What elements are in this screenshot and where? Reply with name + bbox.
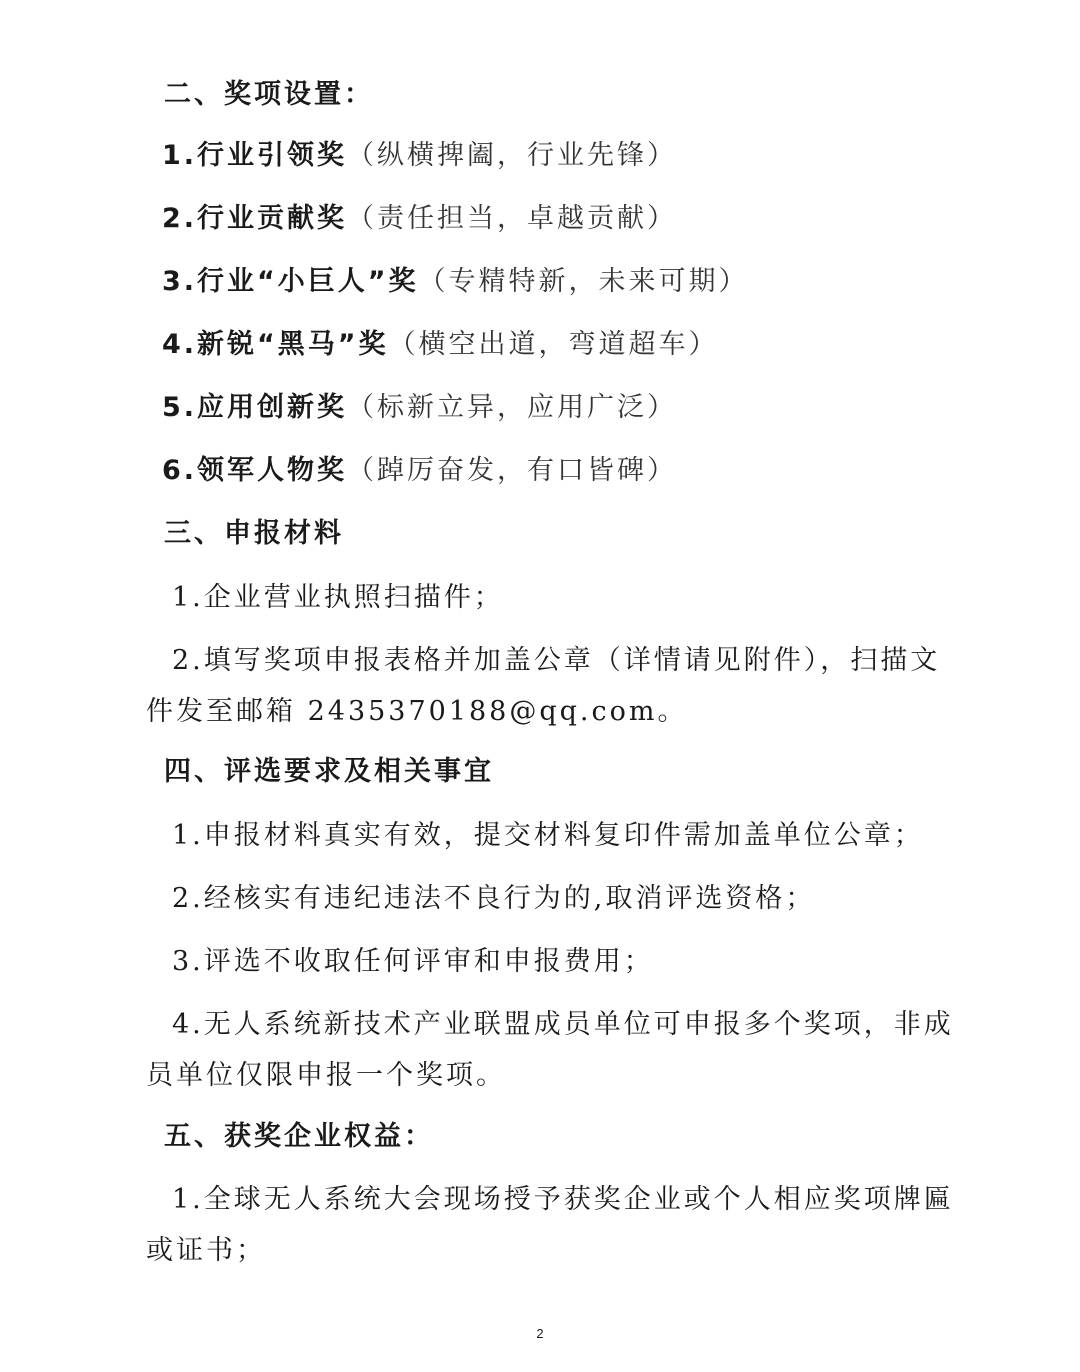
award-name: 6.领军人物奖 (162, 455, 347, 486)
award-name: 1.行业引领奖 (162, 140, 347, 171)
section-heading-materials: 三、申报材料 (164, 519, 344, 549)
section-heading-awards: 二、奖项设置： (164, 80, 374, 110)
section-heading-benefits: 五、获奖企业权益： (164, 1122, 434, 1152)
award-name: 4.新锐“黑马”奖 (162, 329, 389, 360)
award-name: 2.行业贡献奖 (162, 203, 347, 234)
award-name: 3.行业“小巨人”奖 (162, 266, 419, 297)
award-desc: （纵横捭阖，行业先锋） (347, 140, 677, 171)
award-item: 5.应用创新奖（标新立异，应用广泛） (162, 393, 677, 423)
paragraph: 1.全球无人系统大会现场授予获奖企业或个人相应奖项牌匾 (172, 1185, 954, 1215)
award-desc: （踔厉奋发，有口皆碑） (347, 455, 677, 486)
paragraph: 3.评选不收取任何评审和申报费用； (172, 947, 654, 977)
paragraph-continuation: 或证书； (146, 1236, 266, 1266)
section-heading-requirements: 四、评选要求及相关事宜 (164, 757, 494, 787)
paragraph: 2.填写奖项申报表格并加盖公章（详情请见附件），扫描文 (172, 646, 940, 676)
award-name: 5.应用创新奖 (162, 392, 347, 423)
paragraph-continuation: 员单位仅限申报一个奖项。 (146, 1061, 506, 1091)
paragraph: 1.企业营业执照扫描件； (172, 583, 504, 613)
paragraph: 4.无人系统新技术产业联盟成员单位可申报多个奖项，非成 (172, 1010, 954, 1040)
paragraph: 2.经核实有违纪违法不良行为的,取消评选资格； (172, 884, 815, 914)
award-item: 4.新锐“黑马”奖（横空出道，弯道超车） (162, 330, 719, 360)
award-item: 6.领军人物奖（踔厉奋发，有口皆碑） (162, 456, 677, 486)
award-item: 1.行业引领奖（纵横捭阖，行业先锋） (162, 141, 677, 171)
award-item: 2.行业贡献奖（责任担当，卓越贡献） (162, 204, 677, 234)
award-desc: （横空出道，弯道超车） (389, 329, 719, 360)
page-number: 2 (0, 1326, 1080, 1341)
award-desc: （标新立异，应用广泛） (347, 392, 677, 423)
award-desc: （专精特新，未来可期） (419, 266, 749, 297)
paragraph-continuation: 件发至邮箱 2435370188@qq.com。 (146, 697, 688, 727)
award-item: 3.行业“小巨人”奖（专精特新，未来可期） (162, 267, 749, 297)
paragraph: 1.申报材料真实有效，提交材料复印件需加盖单位公章； (172, 821, 924, 851)
award-desc: （责任担当，卓越贡献） (347, 203, 677, 234)
